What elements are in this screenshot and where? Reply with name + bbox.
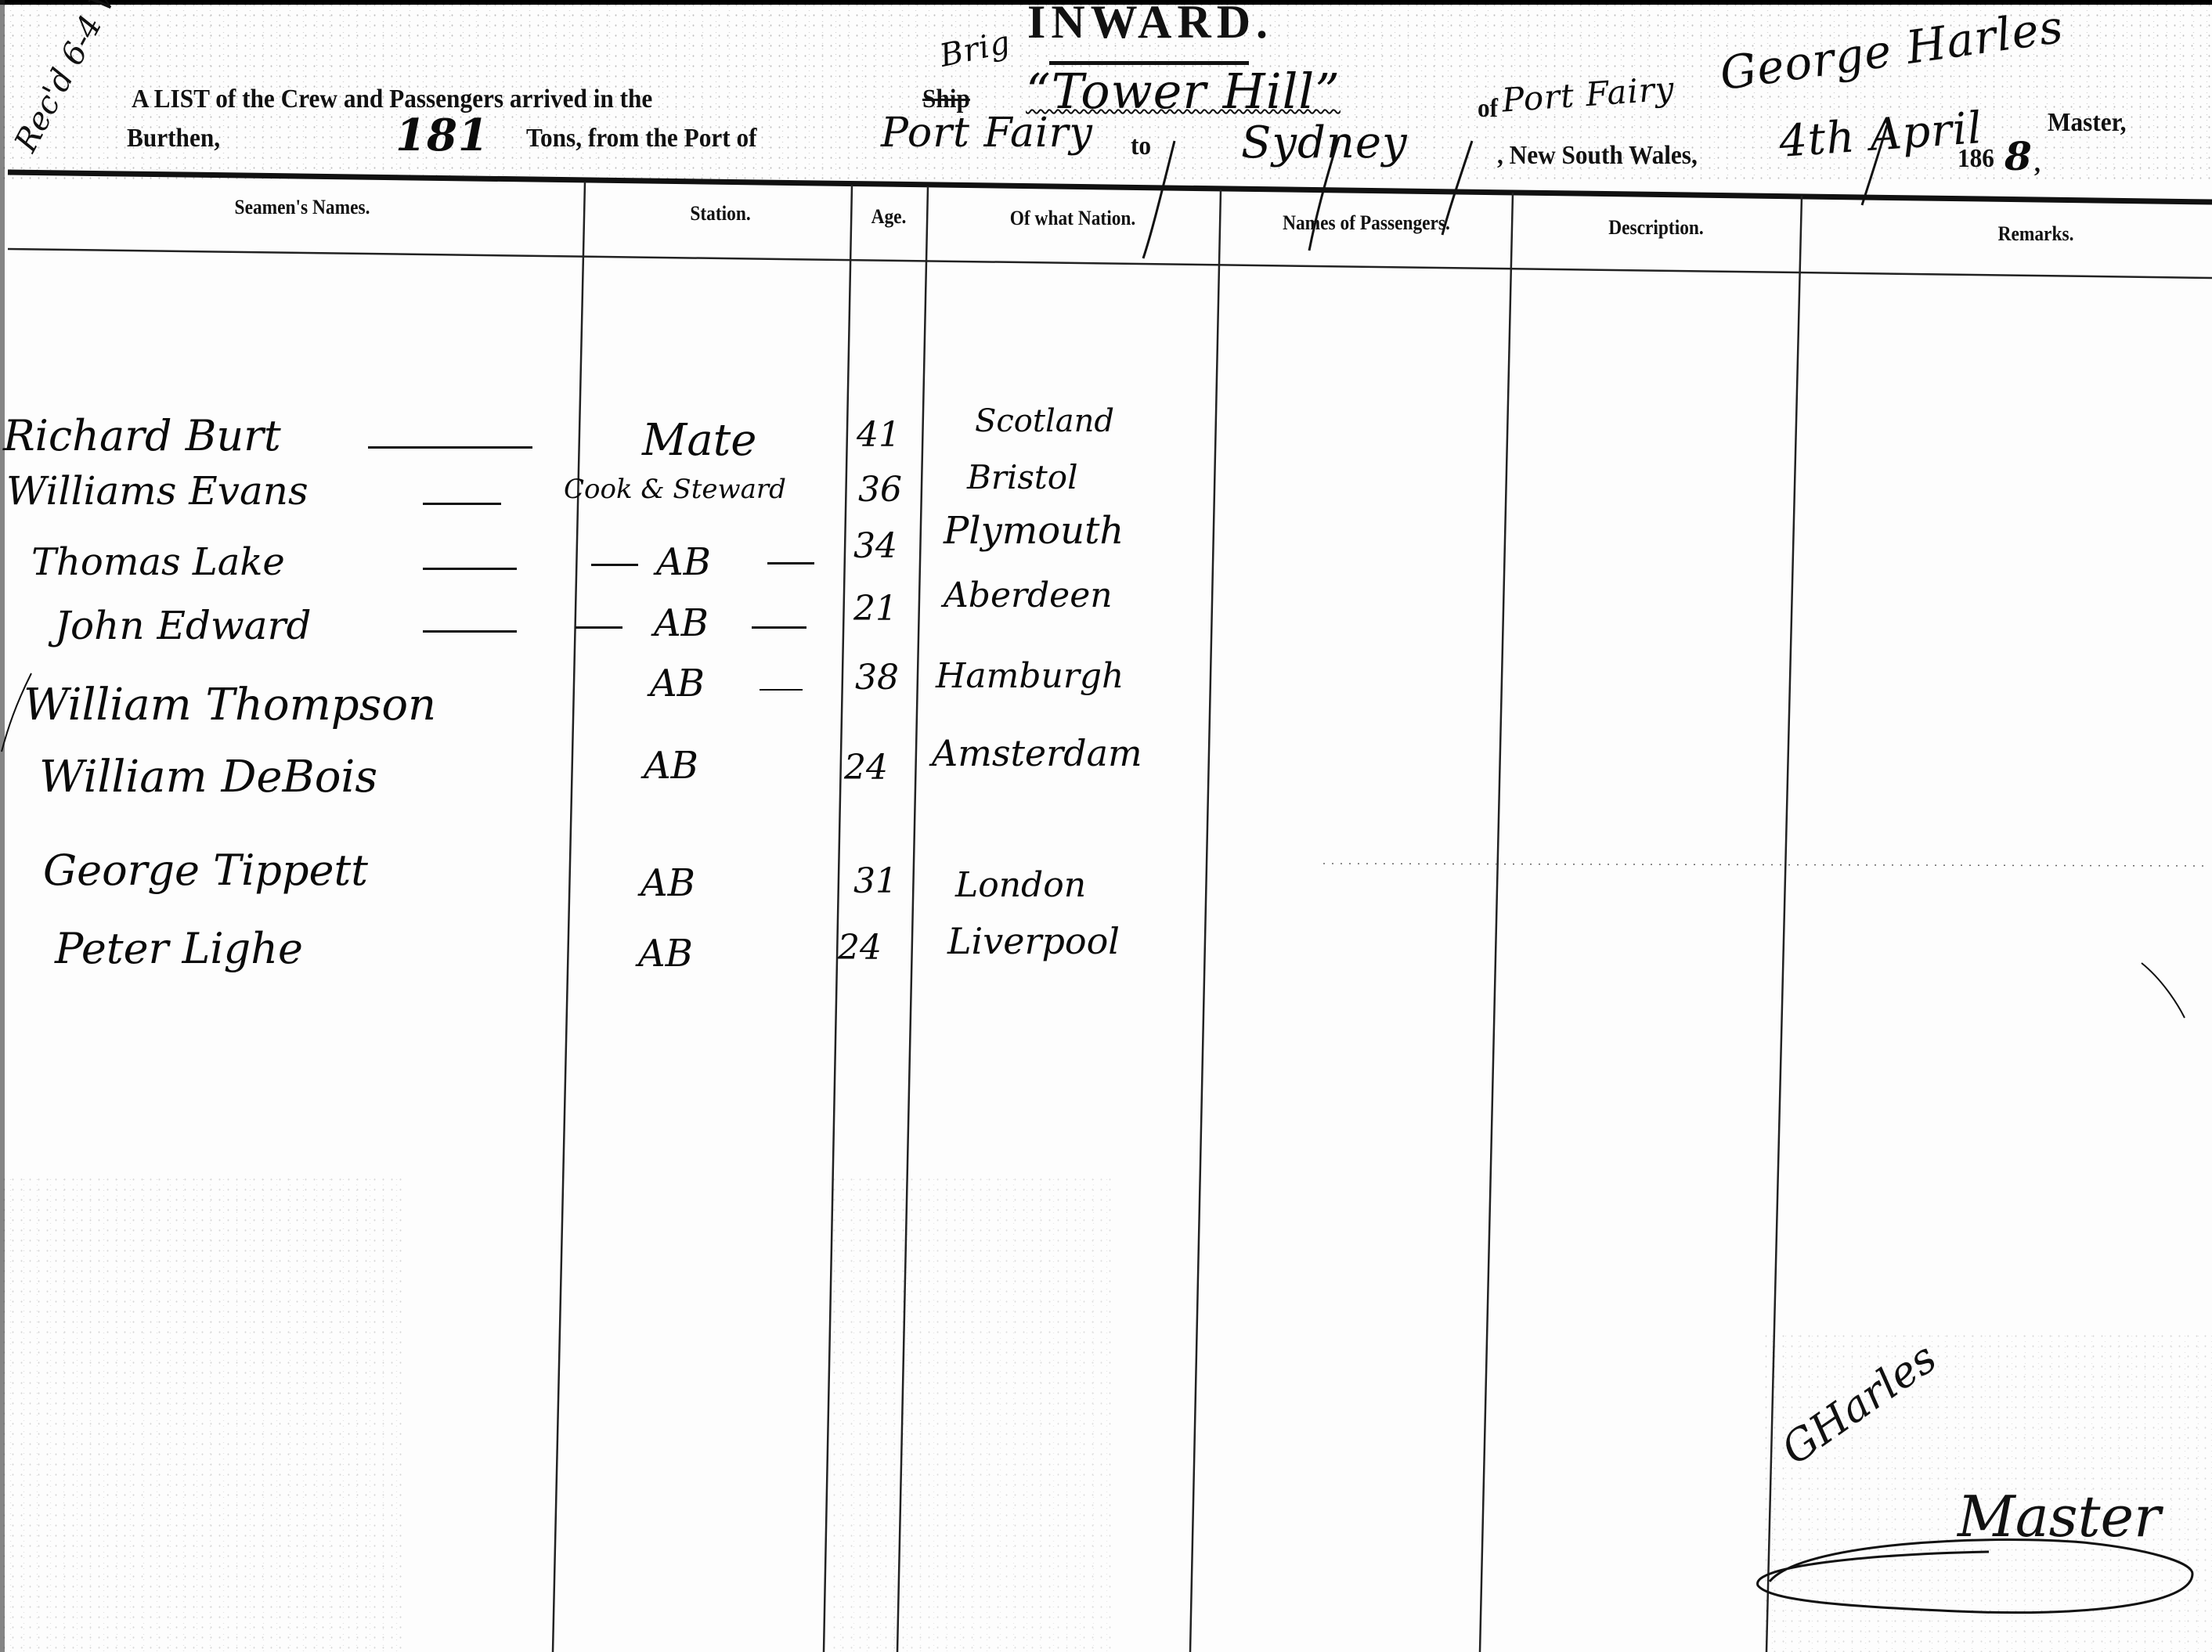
age: 38 <box>855 658 899 698</box>
dash-filler <box>760 689 803 691</box>
column-header-description: Description. <box>1597 216 1716 240</box>
seaman-name: William Thompson <box>23 680 436 730</box>
column-header-seamens-names: Seamen's Names. <box>182 196 422 219</box>
seaman-name: Peter Lighe <box>55 924 303 973</box>
station: Cook & Steward <box>564 474 786 505</box>
column-header-remarks: Remarks. <box>1979 222 2092 246</box>
signature-flourish <box>1754 1519 2212 1629</box>
age: 21 <box>853 589 897 629</box>
station: AB <box>656 540 711 584</box>
column-header-nation: Of what Nation. <box>988 207 1157 230</box>
station: Mate <box>642 415 756 466</box>
station: AB <box>654 601 709 645</box>
dash-filler <box>767 562 814 564</box>
nation: Scotland <box>975 403 1114 439</box>
dash-filler <box>368 446 532 449</box>
column-header-passenger-names: Names of Passengers. <box>1258 211 1476 235</box>
seaman-name: John Edward <box>55 603 311 648</box>
age: 31 <box>853 861 897 901</box>
age: 24 <box>844 748 888 788</box>
nation: Liverpool <box>947 920 1120 962</box>
column-header-age: Age. <box>864 205 914 229</box>
station: AB <box>641 861 695 905</box>
column-header-station: Station. <box>671 202 770 225</box>
station: AB <box>638 932 693 976</box>
dash-filler <box>576 626 622 629</box>
age: 36 <box>858 470 902 510</box>
seaman-name: Williams Evans <box>6 468 309 514</box>
nation: Bristol <box>967 458 1078 496</box>
station: AB <box>650 662 705 705</box>
dash-filler <box>752 626 806 629</box>
nation: London <box>955 865 1086 905</box>
seaman-name: William DeBois <box>39 752 377 803</box>
dash-filler <box>591 564 638 566</box>
seaman-name: Richard Burt <box>3 411 281 460</box>
nation: Aberdeen <box>944 575 1113 615</box>
age: 41 <box>857 415 900 455</box>
nation: Hamburgh <box>936 656 1124 696</box>
dash-filler <box>423 630 517 633</box>
seaman-name: Thomas Lake <box>31 540 285 584</box>
age: 24 <box>838 928 882 968</box>
station: AB <box>644 744 698 788</box>
nation: Amsterdam <box>932 732 1142 774</box>
dash-filler <box>423 568 517 570</box>
age: 34 <box>853 526 897 566</box>
seaman-name: George Tippett <box>43 846 368 895</box>
ship-manifest-page: Rec'd 6-4 WS INWARD. A LIST of the Crew … <box>0 0 2212 1652</box>
dash-filler <box>423 503 501 505</box>
nation: Plymouth <box>944 509 1124 553</box>
